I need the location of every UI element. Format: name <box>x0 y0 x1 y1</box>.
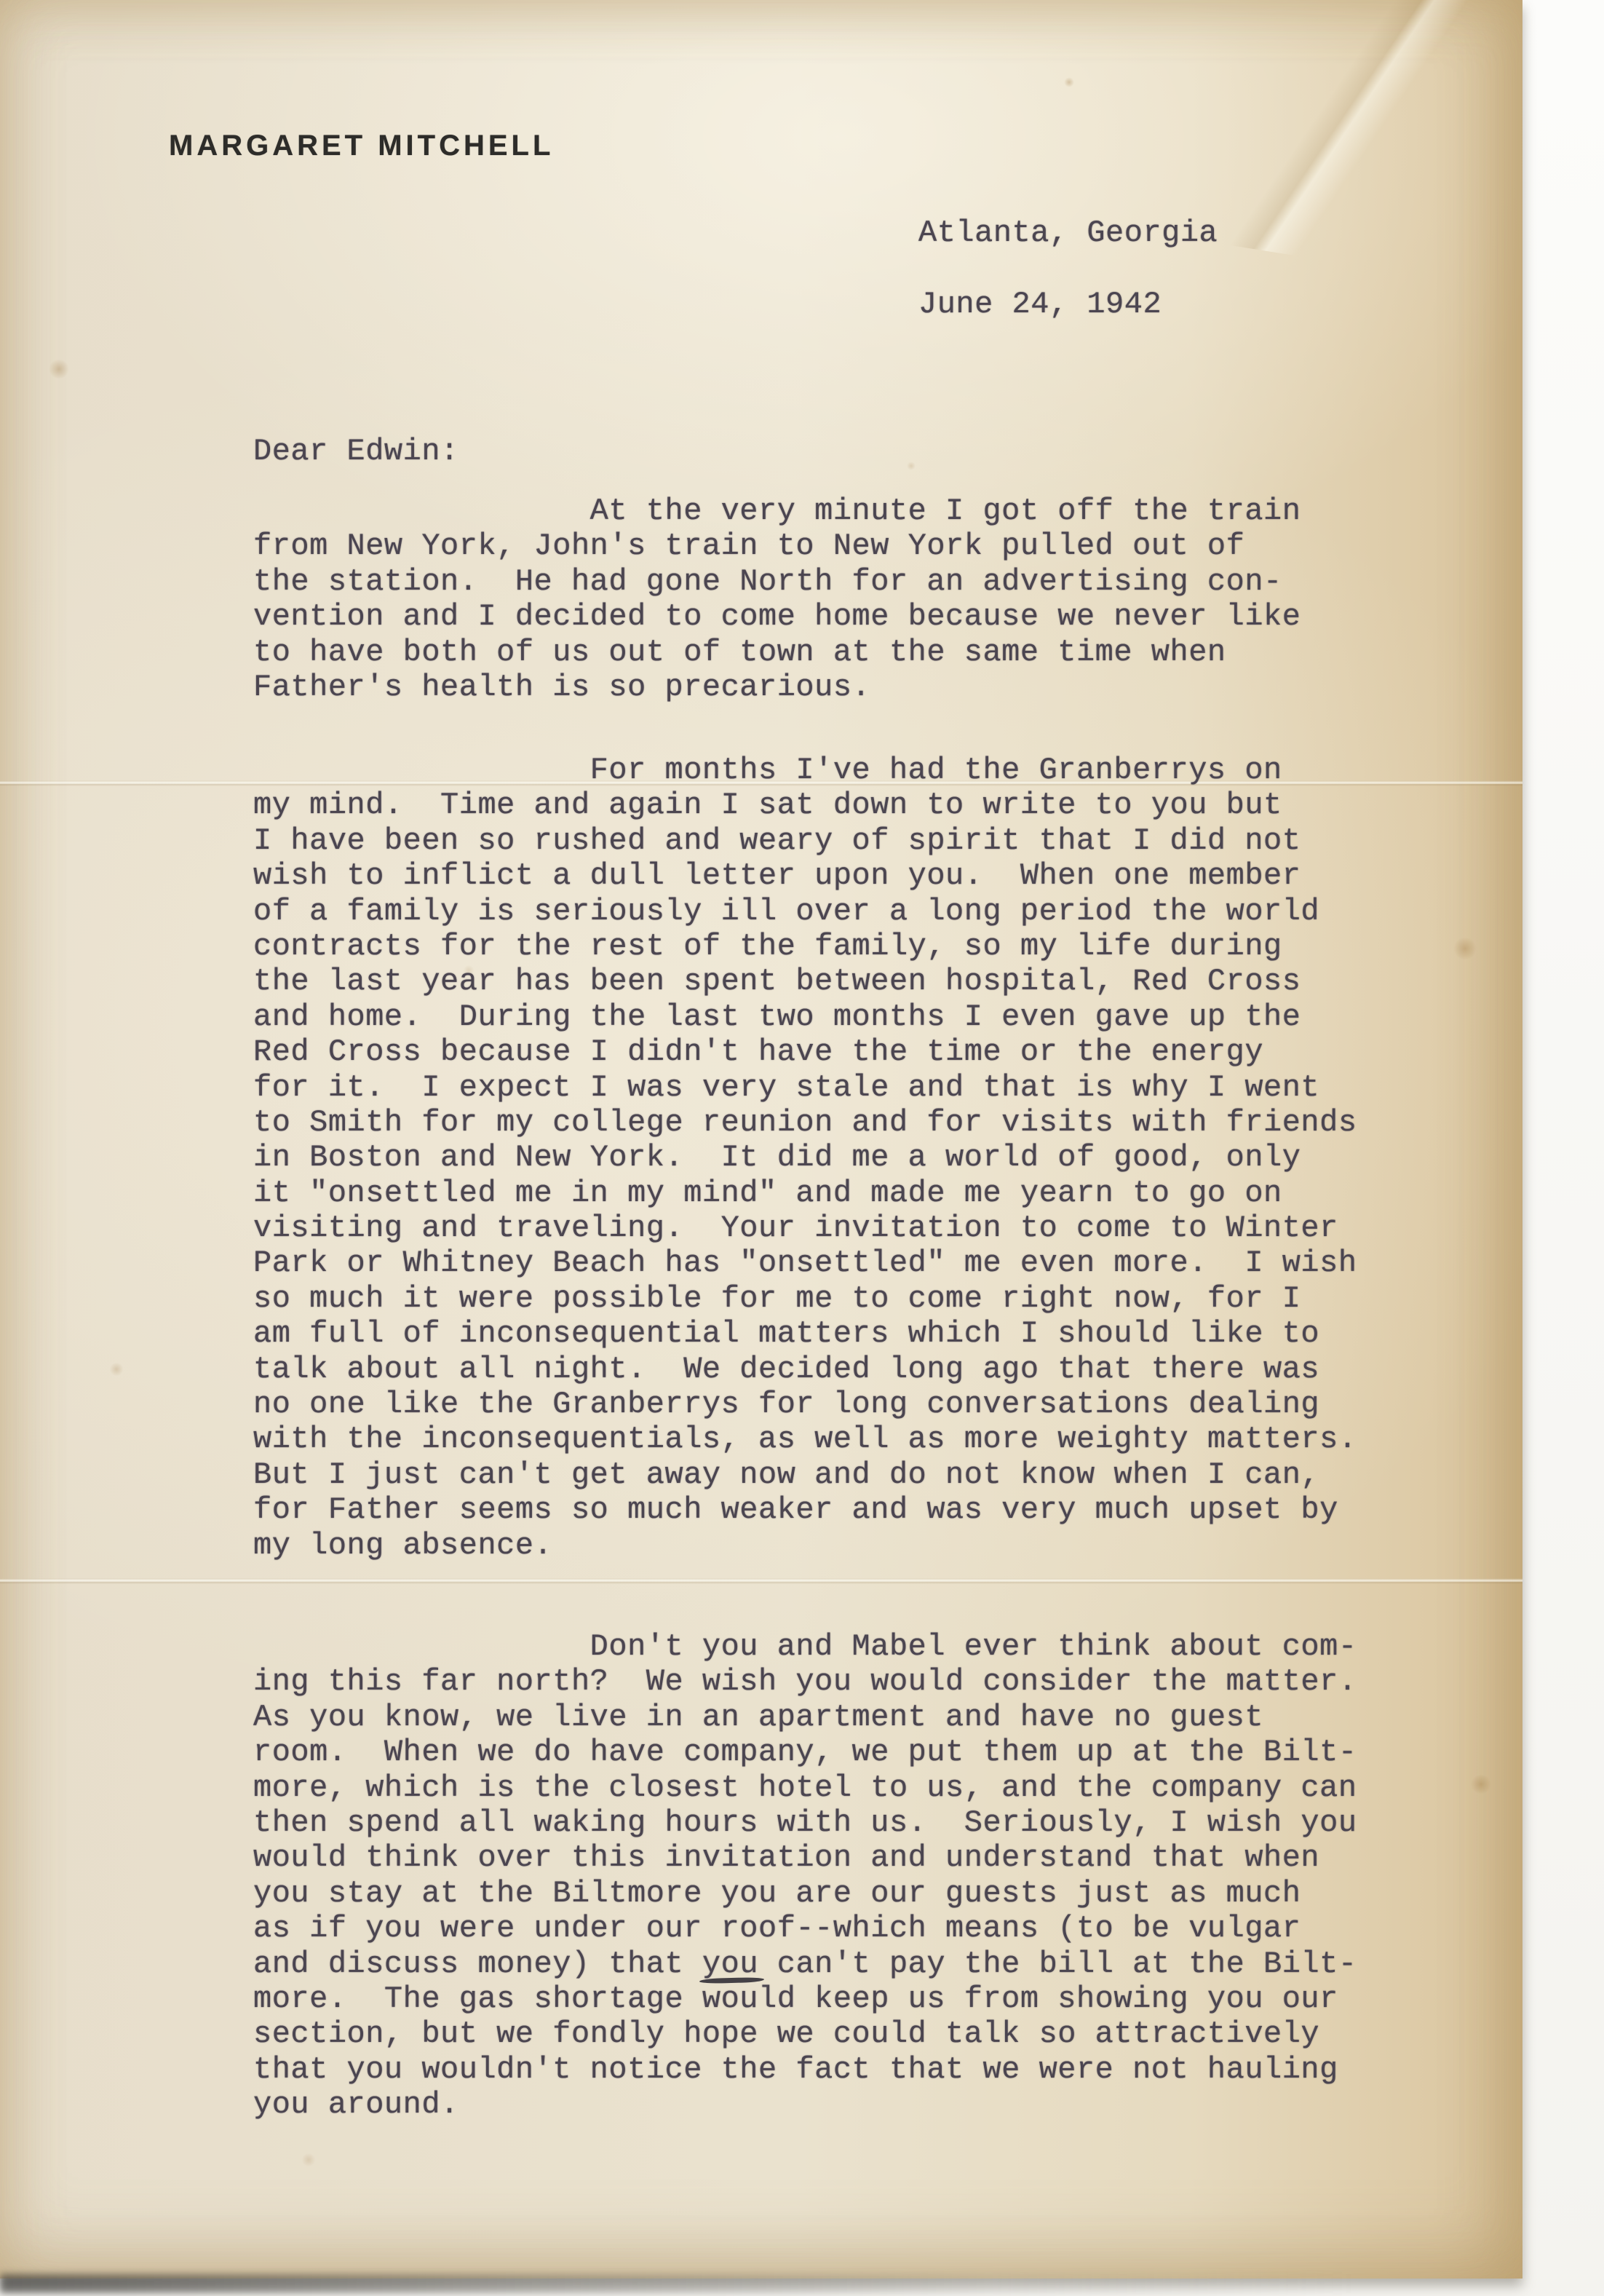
letter-paragraph-1: At the very minute I got off the trainfr… <box>253 494 1447 705</box>
body-line: the last year has been spent between hos… <box>253 964 1447 999</box>
salutation: Dear Edwin: <box>253 434 459 469</box>
body-line: As you know, we live in an apartment and… <box>253 1700 1447 1735</box>
body-line: as if you were under our roof--which mea… <box>253 1911 1447 1946</box>
body-line: for Father seems so much weaker and was … <box>253 1492 1447 1527</box>
body-line: with the inconsequentials, as well as mo… <box>253 1422 1447 1457</box>
body-line: to have both of us out of town at the sa… <box>253 635 1447 670</box>
body-line: it "onsettled me in my mind" and made me… <box>253 1176 1447 1211</box>
body-line: more. The gas shortage would keep us fro… <box>253 1982 1447 2016</box>
age-spot <box>301 2153 316 2166</box>
body-line: of a family is seriously ill over a long… <box>253 894 1447 929</box>
body-line: you around. <box>253 2087 1447 2122</box>
body-line: the station. He had gone North for an ad… <box>253 564 1447 599</box>
letter-paragraph-2: For months I've had the Granberrys onmy … <box>253 753 1447 1563</box>
body-text: can't pay the bill at the Bilt- <box>758 1947 1357 1982</box>
body-line: wish to inflict a dull letter upon you. … <box>253 858 1447 893</box>
body-line: At the very minute I got off the train <box>253 494 1447 529</box>
age-spot <box>1453 938 1477 959</box>
age-spot <box>48 360 70 379</box>
body-line: that you wouldn't notice the fact that w… <box>253 2052 1447 2087</box>
letterhead-name: MARGARET MITCHELL <box>169 130 554 162</box>
body-line: I have been so rushed and weary of spiri… <box>253 823 1447 858</box>
body-line: section, but we fondly hope we could tal… <box>253 2016 1447 2051</box>
body-line: so much it were possible for me to come … <box>253 1281 1447 1316</box>
body-line: Don't you and Mabel ever think about com… <box>253 1629 1447 1664</box>
body-line: more, which is the closest hotel to us, … <box>253 1770 1447 1805</box>
body-line: For months I've had the Granberrys on <box>253 753 1447 788</box>
body-line: am full of inconsequential matters which… <box>253 1316 1447 1351</box>
age-spot <box>109 1363 124 1376</box>
body-line: Park or Whitney Beach has "onsettled" me… <box>253 1246 1447 1280</box>
scan-background: MARGARET MITCHELL Atlanta, Georgia June … <box>0 0 1604 2296</box>
body-line: contracts for the rest of the family, so… <box>253 929 1447 964</box>
body-line: no one like the Granberrys for long conv… <box>253 1387 1447 1422</box>
body-line: Red Cross because I didn't have the time… <box>253 1034 1447 1069</box>
body-line: my mind. Time and again I sat down to wr… <box>253 788 1447 823</box>
dateline-city: Atlanta, Georgia <box>918 215 1218 250</box>
body-line: visiting and traveling. Your invitation … <box>253 1211 1447 1246</box>
body-line: and home. During the last two months I e… <box>253 999 1447 1034</box>
dateline-date: June 24, 1942 <box>918 287 1162 322</box>
age-spot <box>1470 1775 1492 1794</box>
letter-paragraph-3: Don't you and Mabel ever think about com… <box>253 1629 1447 2122</box>
underlined-word: you <box>702 1947 758 1982</box>
corner-wrinkle <box>1094 0 1602 296</box>
body-line: But I just can't get away now and do not… <box>253 1457 1447 1492</box>
body-line: ing this far north? We wish you would co… <box>253 1664 1447 1699</box>
age-spot <box>1064 77 1074 87</box>
body-line: and discuss money) that you can't pay th… <box>253 1947 1447 1982</box>
body-line: Father's health is so precarious. <box>253 670 1447 705</box>
body-line: room. When we do have company, we put th… <box>253 1735 1447 1770</box>
paper-edge-shadow <box>0 2274 1412 2293</box>
body-line: in Boston and New York. It did me a worl… <box>253 1140 1447 1175</box>
body-line: my long absence. <box>253 1528 1447 1563</box>
body-text: and discuss money) that <box>253 1947 702 1982</box>
age-spot <box>907 462 916 470</box>
body-line: to Smith for my college reunion and for … <box>253 1105 1447 1140</box>
body-line: vention and I decided to come home becau… <box>253 599 1447 634</box>
letter-paper: MARGARET MITCHELL Atlanta, Georgia June … <box>0 0 1522 2279</box>
body-line: you stay at the Biltmore you are our gue… <box>253 1876 1447 1911</box>
body-line: would think over this invitation and und… <box>253 1840 1447 1875</box>
body-line: then spend all waking hours with us. Ser… <box>253 1805 1447 1840</box>
body-line: for it. I expect I was very stale and th… <box>253 1070 1447 1105</box>
fold-crease <box>0 1578 1522 1584</box>
body-line: from New York, John's train to New York … <box>253 529 1447 563</box>
body-line: talk about all night. We decided long ag… <box>253 1352 1447 1387</box>
